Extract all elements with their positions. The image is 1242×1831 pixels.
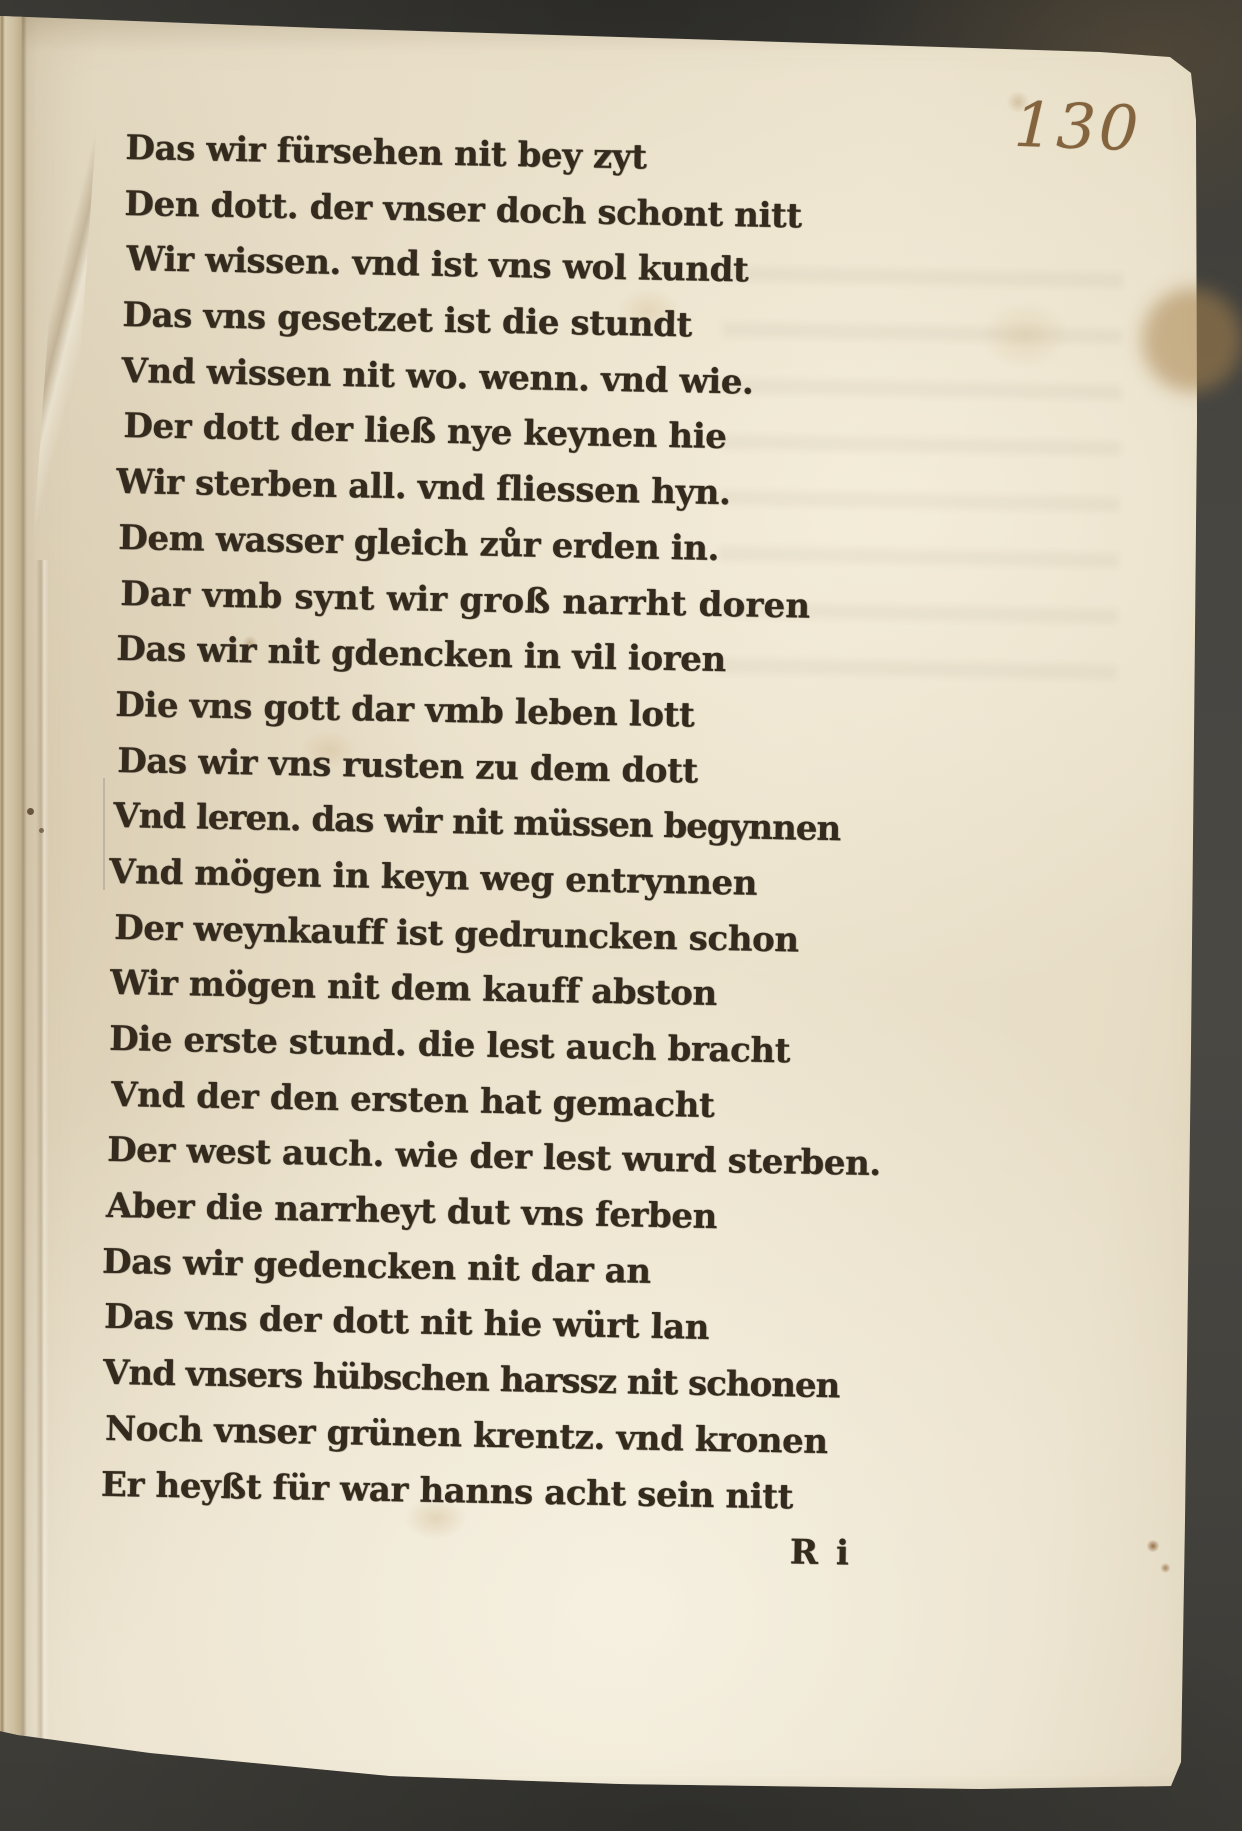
handwritten-page-number: 130 xyxy=(1013,94,1142,160)
poem-text-block: Das wir fürsehen nit bey zyt Den dott. d… xyxy=(99,121,915,1583)
fold-crease-top xyxy=(31,16,104,577)
ink-stain xyxy=(1146,1540,1160,1552)
book-page: 130 Das wir fürsehen nit bey zyt Den dot… xyxy=(0,0,1242,1831)
spine-page-edges xyxy=(0,14,30,1739)
ink-stain xyxy=(1160,1563,1171,1573)
signature-mark: R i xyxy=(789,1526,890,1584)
faint-scratch-mark xyxy=(103,778,105,890)
edge-stain xyxy=(1142,288,1242,392)
scanned-book-photo: 130 Das wir fürsehen nit bey zyt Den dot… xyxy=(0,0,1242,1831)
spine-crease xyxy=(28,560,54,1750)
